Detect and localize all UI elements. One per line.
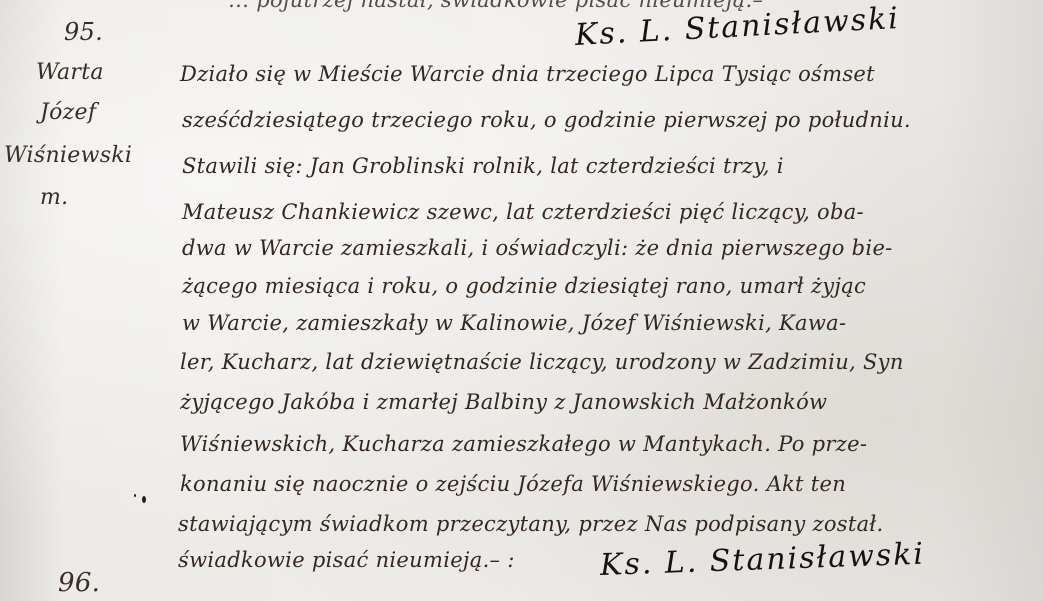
previous-entry-fragment: … pojutrzej nastał, świadkowie pisać nie… — [228, 0, 763, 12]
document-page: … pojutrzej nastał, świadkowie pisać nie… — [0, 0, 1043, 601]
body-line-10: Wiśniewskich, Kucharza zamieszkałego w M… — [180, 432, 867, 456]
body-line-2: sześćdziesiątego trzeciego roku, o godzi… — [182, 108, 911, 132]
body-line-13: świadkowie pisać nieumieją.– : — [178, 548, 515, 572]
margin-first-name: Józef — [40, 100, 96, 125]
body-line-1: Działo się w Mieście Warcie dnia trzecie… — [180, 62, 875, 86]
next-entry-number: 96. — [58, 568, 100, 598]
body-line-8: ler, Kucharz, lat dziewiętnaście liczący… — [180, 350, 904, 374]
body-line-3: Stawili się: Jan Groblinski rolnik, lat … — [182, 154, 784, 178]
body-line-9: żyjącego Jakóba i zmarłej Balbiny z Jano… — [180, 390, 827, 414]
ink-blot — [134, 494, 136, 497]
entry-number: 95. — [64, 18, 103, 46]
body-line-11: konaniu się naocznie o zejściu Józefa Wi… — [180, 472, 846, 496]
body-line-4: Mateusz Chankiewicz szewc, lat czterdzie… — [182, 200, 864, 224]
body-line-7: w Warcie, zamieszkały w Kalinowie, Józef… — [182, 311, 846, 335]
closing-signature: Ks. L. Stanisławski — [599, 537, 925, 583]
body-line-6: żącego miesiąca i roku, o godzinie dzies… — [182, 274, 866, 298]
body-line-12: stawiającym świadkom przeczytany, przez … — [178, 512, 884, 536]
margin-place: Warta — [36, 60, 104, 85]
body-line-5: dwa w Warcie zamieszkali, i oświadczyli:… — [182, 236, 893, 260]
margin-surname: Wiśniewski — [4, 143, 132, 168]
margin-sex: m. — [40, 185, 68, 210]
ink-blot — [142, 496, 146, 503]
